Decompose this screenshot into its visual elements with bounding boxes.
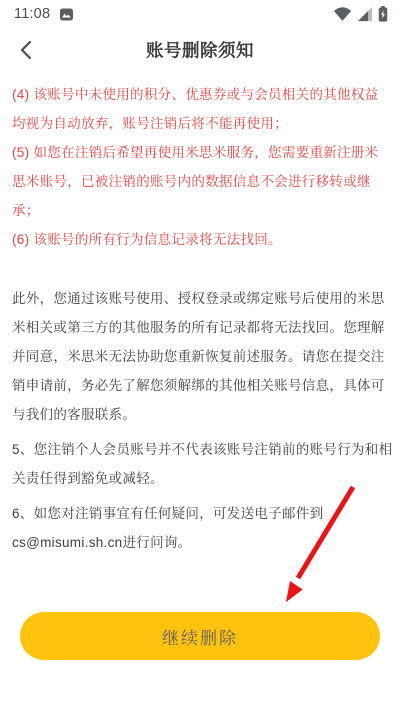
notice-content: (4) 该账号中未使用的积分、优惠券或与会员相关的其他权益 均视为自动放弃，账号…: [0, 72, 400, 557]
notice-line: 销申请前，务必先了解您须解绑的其他相关账号信息，具体可: [12, 371, 388, 400]
status-bar-left: 11:08: [14, 6, 74, 22]
wifi-icon: [333, 7, 352, 22]
notice-line: 6、如您对注销事宜有任何疑问，可发送电子邮件到: [12, 499, 388, 528]
notice-line: 承；: [12, 196, 388, 225]
cell-signal-icon: [357, 7, 373, 22]
notice-paragraph-5: 5、您注销个人会员账号并不代表该账号注销前的账号行为和相 关责任得到豁免或减轻。: [12, 435, 388, 493]
notice-line: 均视为自动放弃，账号注销后将不能再使用；: [12, 109, 388, 138]
notice-line: 并同意，米思米无法协助您重新恢复前述服务。请您在提交注: [12, 342, 388, 371]
notice-line: 思米账号，已被注销的账号内的数据信息不会进行移转或继: [12, 167, 388, 196]
notice-line: 米相关或第三方的其他服务的所有记录都将无法找回。您理解: [12, 313, 388, 342]
notice-paragraph-additional: 此外，您通过该账号使用、授权登录或绑定账号后使用的米思 米相关或第三方的其他服务…: [12, 284, 388, 429]
notice-line: 此外，您通过该账号使用、授权登录或绑定账号后使用的米思: [12, 284, 388, 313]
notice-line: 关责任得到豁免或减轻。: [12, 464, 388, 493]
header: 账号删除须知: [0, 28, 400, 72]
notice-line: 与我们的客服联系。: [12, 400, 388, 429]
battery-charging-icon: [378, 6, 388, 22]
section-spacer: [12, 254, 388, 284]
notice-red-section: (4) 该账号中未使用的积分、优惠券或与会员相关的其他权益 均视为自动放弃，账号…: [12, 80, 388, 254]
status-bar-right: [333, 6, 388, 22]
notice-line: 5、您注销个人会员账号并不代表该账号注销前的账号行为和相: [12, 435, 388, 464]
notice-line: (5) 如您在注销后希望再使用米思米服务，您需要重新注册米: [12, 138, 388, 167]
notice-line: (4) 该账号中未使用的积分、优惠券或与会员相关的其他权益: [12, 80, 388, 109]
notice-paragraph-6: 6、如您对注销事宜有任何疑问，可发送电子邮件到 cs@misumi.sh.cn进…: [12, 499, 388, 557]
continue-delete-button[interactable]: 继续删除: [20, 612, 380, 660]
account-deletion-notice-screen: 11:08 账号删除: [0, 0, 400, 711]
status-bar: 11:08: [0, 0, 400, 28]
status-time: 11:08: [14, 6, 50, 22]
notice-line: cs@misumi.sh.cn进行问询。: [12, 528, 388, 557]
notice-line: (6) 该账号的所有行为信息记录将无法找回。: [12, 225, 388, 254]
page-title: 账号删除须知: [0, 38, 400, 63]
image-notification-icon: [59, 7, 74, 22]
